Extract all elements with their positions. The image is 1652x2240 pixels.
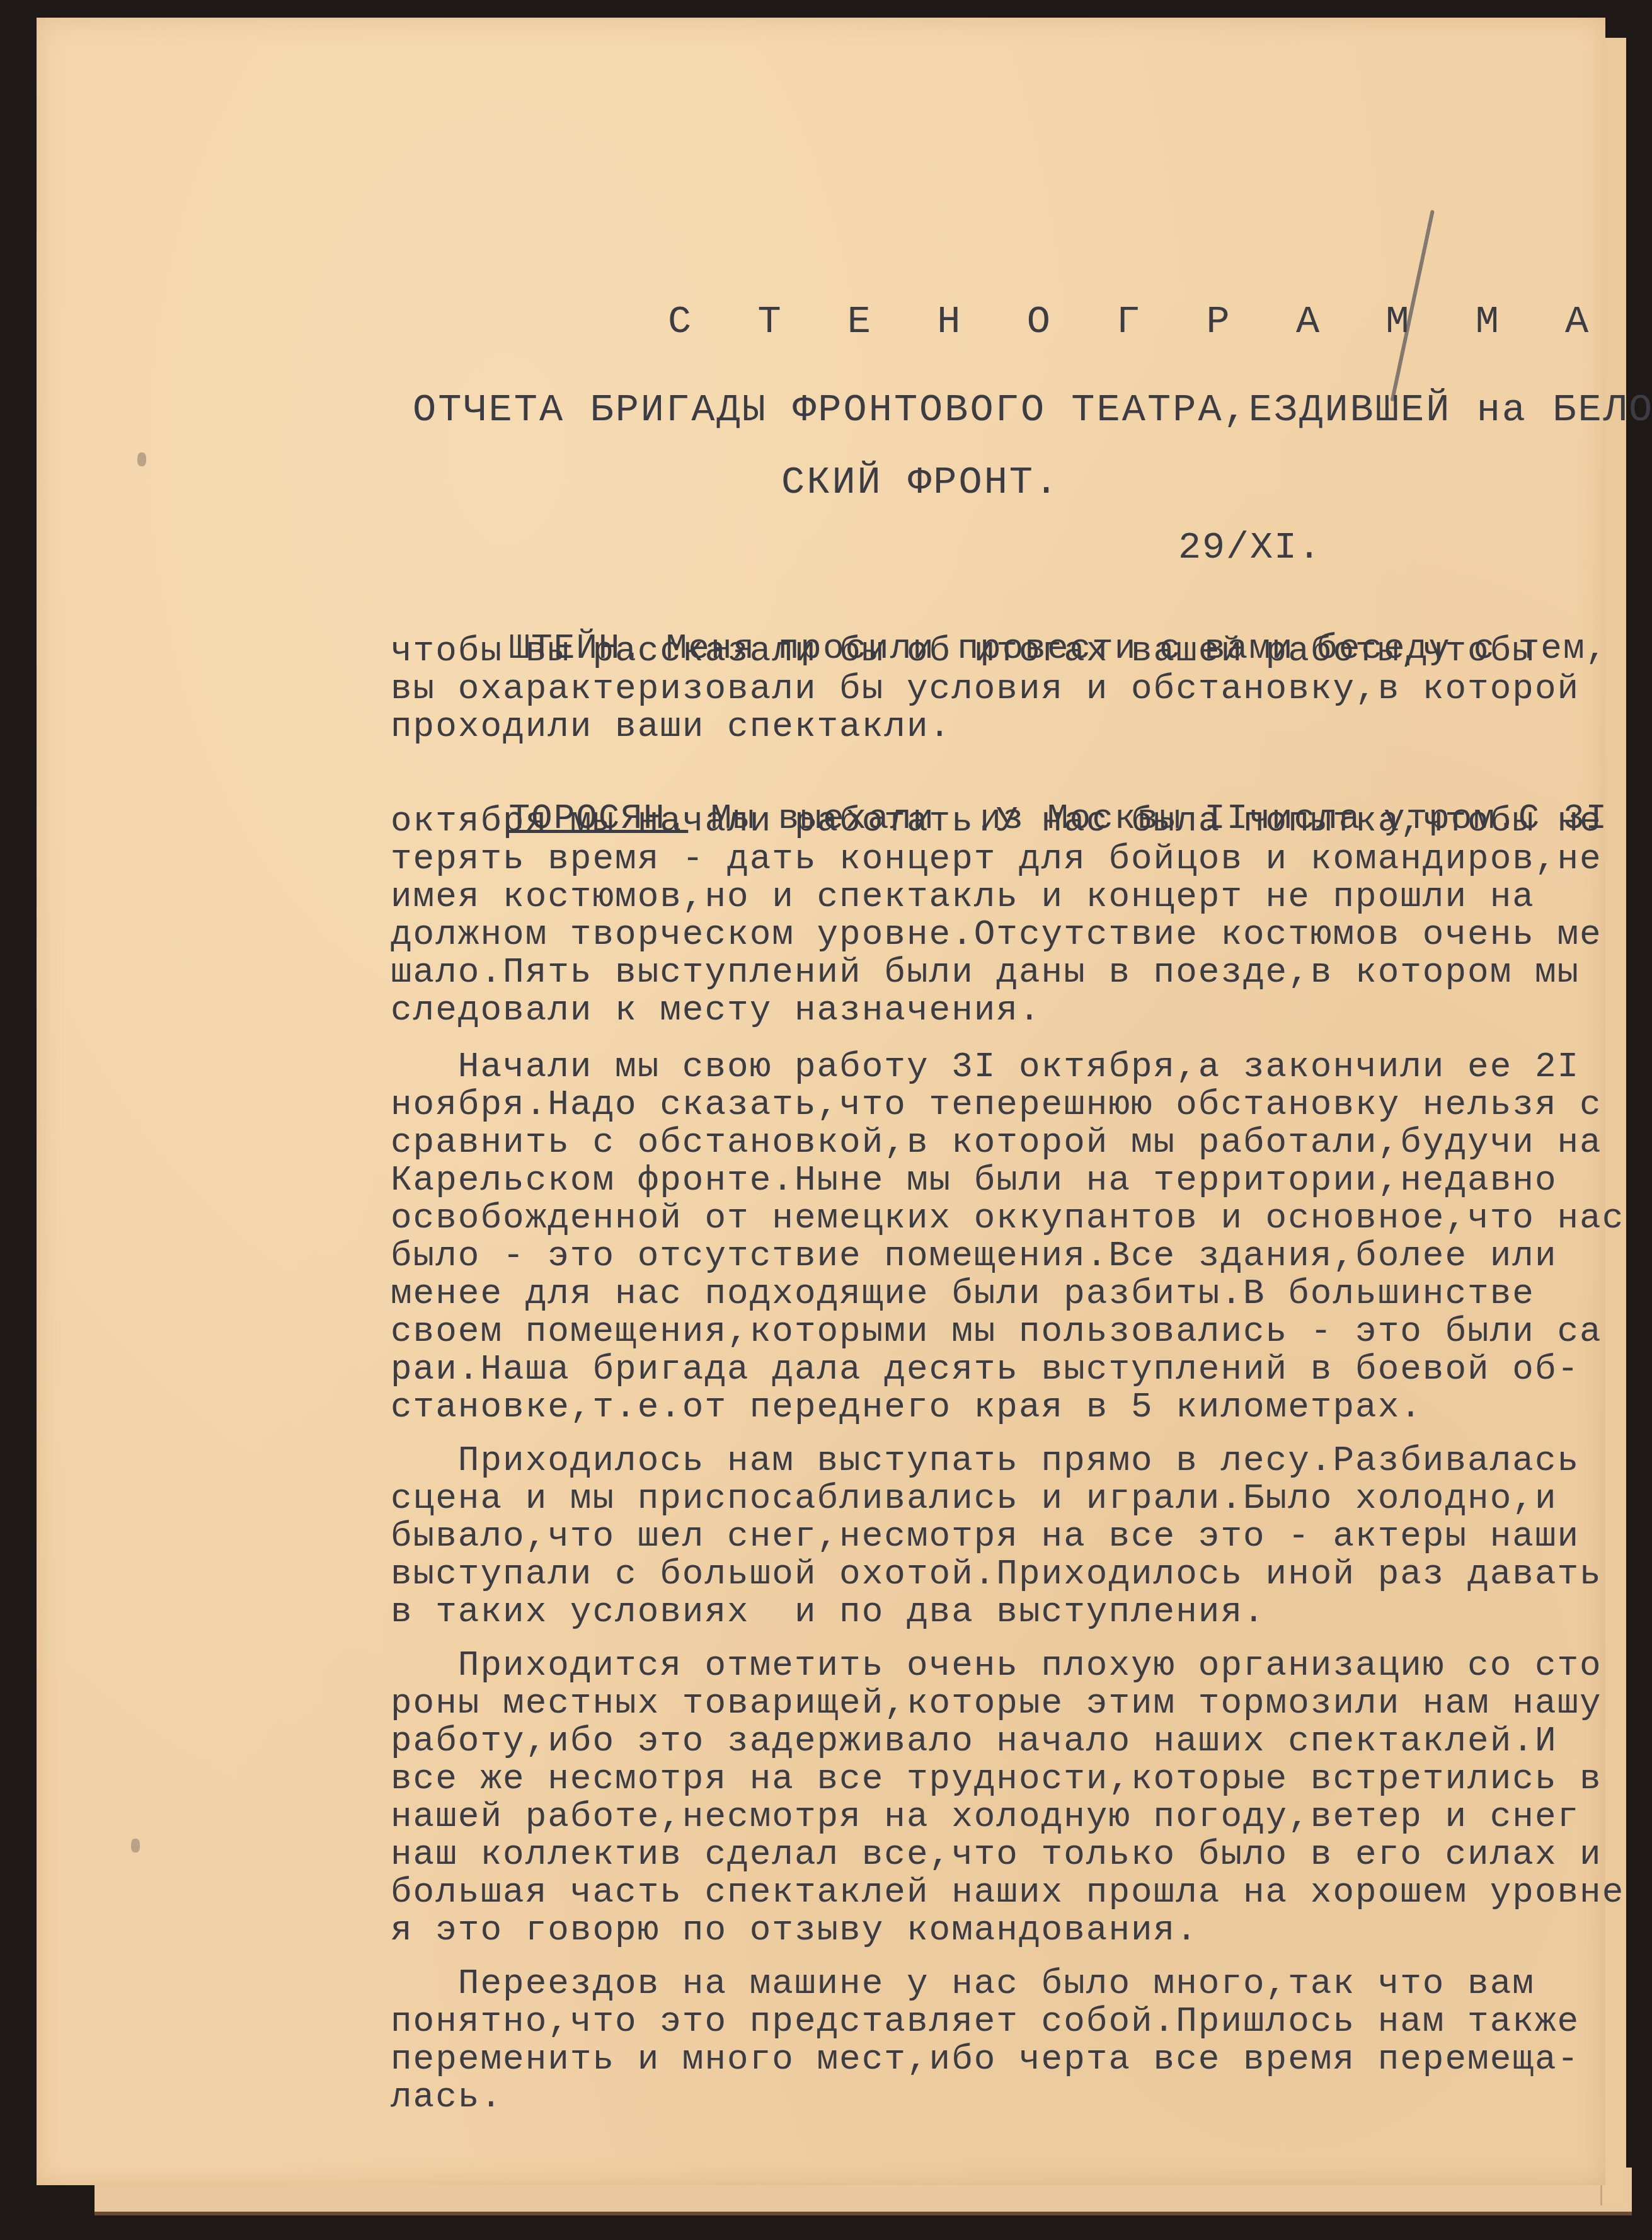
- paragraph-line: в таких условиях и по два выступления.: [391, 1594, 1266, 1629]
- punch-hole-mark: [137, 452, 146, 466]
- paragraph-line: лась.: [391, 2079, 503, 2115]
- document-subtitle-line-2: СКИЙ ФРОНТ.: [781, 463, 1060, 502]
- document-title: С Т Е Н О Г Р А М М А: [668, 302, 1610, 342]
- document-subtitle-line-1: ОТЧЕТА БРИГАДЫ ФРОНТОВОГО ТЕАТРА,ЕЗДИВШЕ…: [413, 391, 1652, 430]
- paragraph-line: бывало,что шел снег,несмотря на все это …: [391, 1519, 1580, 1554]
- speech-line: следовали к месту назначения.: [391, 992, 1041, 1028]
- paragraph-line: Переездов на машине у нас было много,так…: [391, 1966, 1535, 2001]
- paragraph-line: большая часть спектаклей наших прошла на…: [391, 1875, 1624, 1910]
- paragraph-line: Приходилось нам выступать прямо в лесу.Р…: [391, 1443, 1580, 1478]
- paragraph-line: все же несмотря на все трудности,которые…: [391, 1761, 1602, 1796]
- paragraph-line: своем помещения,которыми мы пользовались…: [391, 1314, 1602, 1349]
- speech-line: должном творческом уровне.Отсутствие кос…: [391, 917, 1602, 952]
- punch-hole-mark: [131, 1839, 140, 1852]
- paragraph-line: выступали с большой охотой.Приходилось и…: [391, 1556, 1602, 1592]
- paragraph-line: нашей работе,несмотря на холодную погоду…: [391, 1799, 1580, 1834]
- speech-line: шало.Пять выступлений были даны в поезде…: [391, 955, 1580, 990]
- speech-line: проходили ваши спектакли.: [391, 709, 951, 744]
- paragraph-line: сцена и мы приспосабливались и играли.Бы…: [391, 1481, 1557, 1516]
- paragraph-line: Начали мы свою работу 3I октября,а закон…: [391, 1049, 1580, 1084]
- speech-line: имея костюмов,но и спектакль и концерт н…: [391, 879, 1535, 914]
- paragraph-line: Карельском фронте.Ныне мы были на террит…: [391, 1163, 1557, 1198]
- paragraph-line: становке,т.е.от переднего края в 5 килом…: [391, 1389, 1423, 1425]
- paragraph-line: менее для нас подходящие были разбиты.В …: [391, 1276, 1535, 1311]
- speech-line: терять время - дать концерт для бойцов и…: [391, 841, 1602, 876]
- speech-line: чтобы вы рассказали бы об итогах вашей р…: [391, 633, 1535, 669]
- speech-line: вы охарактеризовали бы условия и обстано…: [391, 671, 1580, 706]
- paragraph-line: раи.Наша бригада дала десять выступлений…: [391, 1352, 1580, 1387]
- paragraph-line: понятно,что это представляет собой.Пришл…: [391, 2004, 1580, 2039]
- paragraph-line: Приходится отметить очень плохую организ…: [391, 1648, 1602, 1683]
- paragraph-line: переменить и много мест,ибо черта все вр…: [391, 2042, 1580, 2077]
- paragraph-line: освобожденной от немецких оккупантов и о…: [391, 1200, 1624, 1236]
- paragraph-line: было - это отсутствие помещения.Все здан…: [391, 1238, 1557, 1273]
- paragraph-line: наш коллектив сделал все,что только было…: [391, 1837, 1602, 1872]
- document-date: 29/XI.: [1178, 529, 1322, 567]
- paragraph-line: работу,ибо это задерживало начало наших …: [391, 1723, 1557, 1759]
- paragraph-line: роны местных товарищей,которые этим торм…: [391, 1686, 1602, 1721]
- paragraph-line: я это говорю по отзыву командования.: [391, 1912, 1198, 1948]
- paragraph-line: ноября.Надо сказать,что теперешнюю обста…: [391, 1087, 1602, 1122]
- paragraph-line: сравнить с обстановкой,в которой мы рабо…: [391, 1125, 1602, 1160]
- speech-line: октября мы начали работать.У нас была по…: [391, 803, 1602, 839]
